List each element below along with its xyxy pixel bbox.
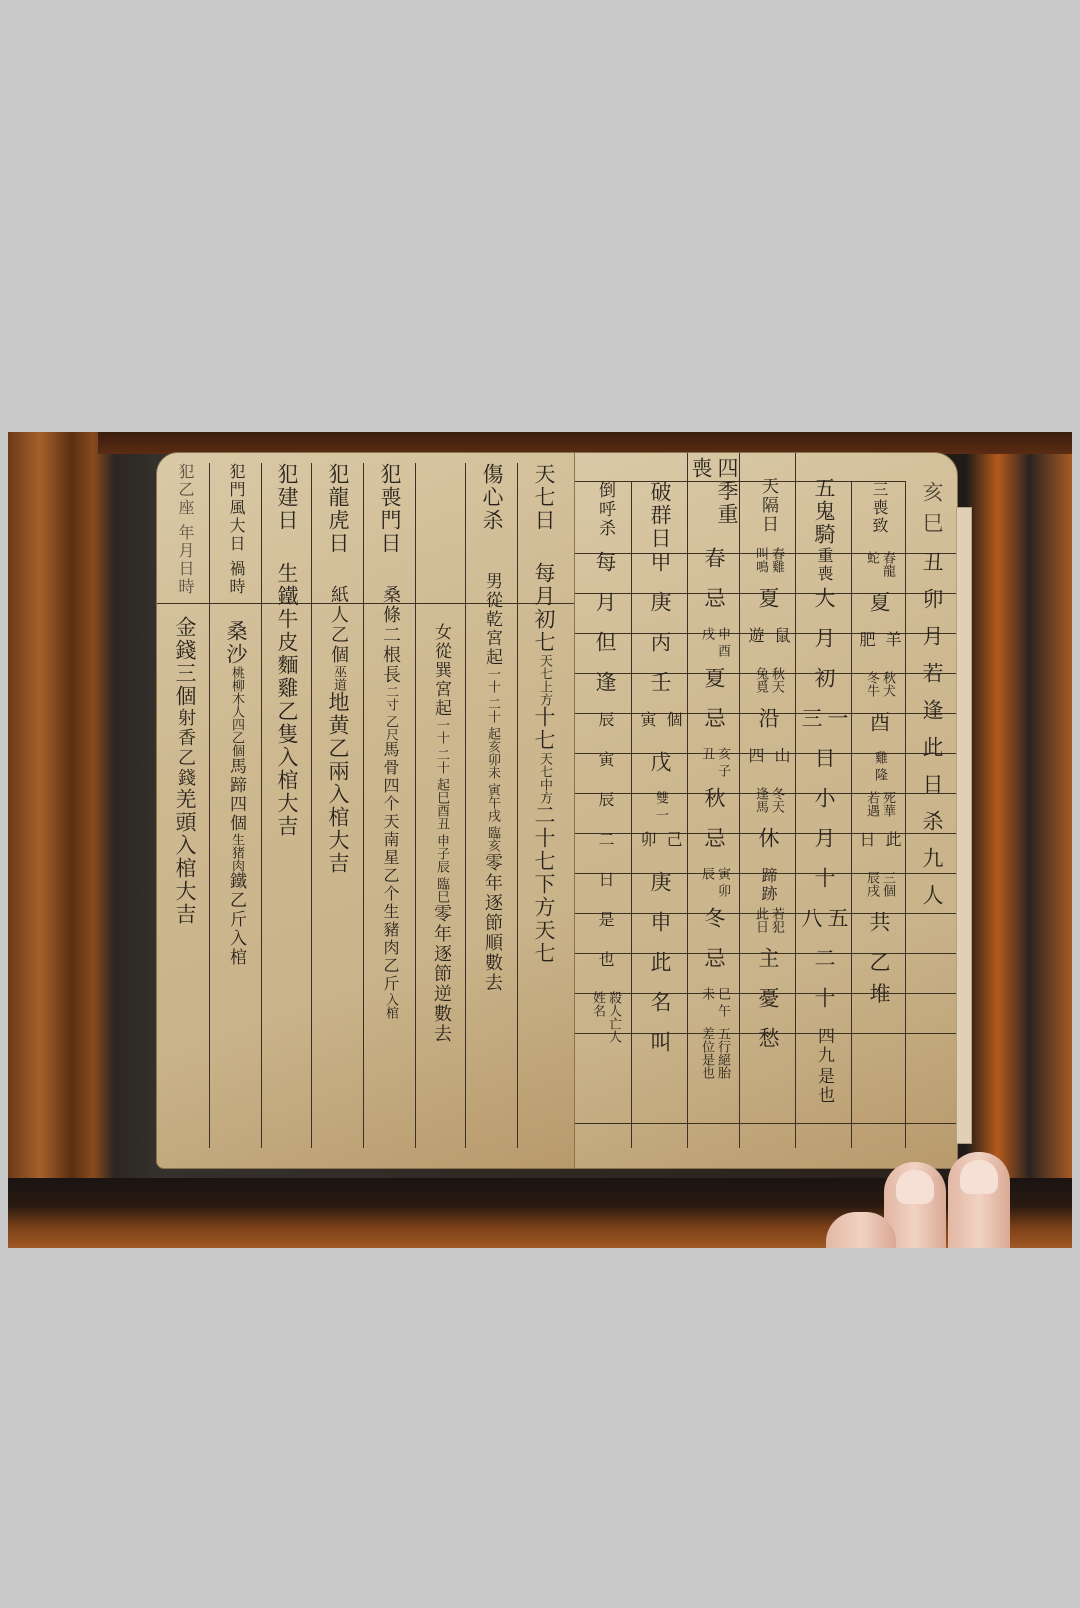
col-text: 三個 辰戌 [863, 871, 895, 911]
left-col-2: 傷心杀 男從乾宮起 一十 二十 起 亥卯未 寅午戌 臨亥 零年逐節順數去 [465, 463, 518, 1148]
left-col-3: 女從巽宮起 一十 二十 起 巳酉丑 申子辰 臨巳 零年逐節逆數去 [415, 463, 466, 1148]
col-text: 鼠 遊 [742, 627, 794, 667]
right-col-5: 四季重喪 春 忌 申 酉 戌 夏 忌 亥 子 丑 秋 忌 寅 卯 辰 冬 忌 巳… [687, 453, 740, 1148]
col-text: 一三 [798, 707, 850, 747]
hand [826, 1122, 1026, 1248]
right-page: 亥 巳 丑 卯 月 若 逢 此 日 杀 九 人 三喪致 春龍 蛇 夏 羊 肥 秋… [574, 452, 958, 1169]
col-text: 女從巽宮起 [428, 623, 454, 718]
col-text: 庚 [647, 871, 673, 911]
fingernail [960, 1160, 998, 1194]
col-text: 秋 [701, 787, 727, 827]
col-text: 羊 肥 [853, 631, 905, 671]
col-text: 日 [811, 747, 837, 787]
col-text: 麵雞乙隻 [274, 654, 300, 746]
col-text: 大 [811, 587, 837, 627]
col-text: 亥 子 丑 [698, 747, 730, 787]
right-col-7: 倒呼杀 每 月 但 逢 辰 寅 辰 二 日 是 也 殺人亡人 姓名 [579, 481, 631, 1148]
col-text: 戊 [647, 751, 673, 791]
col-text: 天南星乙个 [377, 813, 403, 903]
col-text: 休 [755, 827, 781, 867]
col-text: 桑沙 [223, 620, 249, 666]
col-text: 若 [919, 662, 945, 685]
col-text: 己 卯 [634, 831, 686, 871]
col-text: 一十 二十 起 [433, 718, 449, 791]
col-text: 大吉 [325, 829, 351, 875]
col-text: 寅 [592, 751, 618, 791]
right-col-6: 破群日 甲 庚 丙 壬 個 寅 戊 雙 一 己 卯 庚 申 此 名 叫 [631, 481, 688, 1148]
col-text: 大吉 [172, 880, 198, 926]
col-text: 寅 卯 辰 [698, 867, 730, 907]
col-text: 此 [647, 951, 673, 991]
left-col-1: 天七日 每月初七 天七上方 十七 天七中方 二十七 下方天七 [517, 463, 570, 1148]
col-text: 辰 [592, 711, 618, 751]
col-text: 夏 [866, 591, 892, 631]
col-text: 愁 [755, 1027, 781, 1067]
col-text: 紙人乙個 [325, 585, 351, 665]
col-text: 馬骨四个 [377, 741, 403, 813]
col-text: 生鐵 [274, 562, 300, 608]
col-header: 傷心杀 [479, 463, 505, 532]
col-text: 忌 [701, 947, 727, 987]
col-text: 雙 一 [652, 791, 668, 831]
col-text: 零年逐節順數去 [479, 853, 505, 993]
col-text: 地黄乙兩 [325, 691, 351, 783]
col-text: 壬 [647, 671, 673, 711]
col-text: 春雞 叫鳴 [752, 547, 784, 587]
col-text: 男從乾宮起 [479, 572, 505, 667]
col-text: 秋天 兔覓 [752, 667, 784, 707]
col-header: 犯建日 [274, 463, 300, 532]
col-text: 十七 [531, 706, 557, 752]
col-text: 共 [866, 911, 892, 951]
left-col-4: 犯喪門日 桑條二根長 二寸 乙尺 馬骨四个 天南星乙个 生豬肉乙斤 入棺 [363, 463, 416, 1148]
col-text: 也 [592, 951, 618, 991]
col-text: 逢 [919, 699, 945, 722]
col-text: 是 [592, 911, 618, 951]
col-text: 是也 [811, 1067, 837, 1107]
right-col-2: 三喪致 春龍 蛇 夏 羊 肥 秋犬 冬牛 酉 雞 隆 死華 若遇 此 日 三個 … [851, 481, 906, 1148]
col-text: 申 酉 戌 [698, 627, 730, 667]
col-text: 庚 [647, 591, 673, 631]
col-text: 九 [919, 847, 945, 870]
col-text: 天七上方 [536, 654, 552, 706]
table-frame-top [98, 432, 1072, 454]
fingernail [896, 1170, 934, 1204]
col-text: 巳 [919, 512, 945, 535]
col-text: 下方天七 [531, 873, 557, 965]
col-text: 五行絕胎 差位是也 [698, 1027, 730, 1087]
col-header: 四季重喪 [688, 457, 740, 547]
col-text: 每 [592, 551, 618, 591]
col-text: 金錢三個 [172, 616, 198, 708]
col-header: 天七日 [531, 463, 557, 532]
col-text: 重喪 [811, 547, 837, 587]
col-text: 叫 [647, 1031, 673, 1071]
col-text: 春 [701, 547, 727, 587]
col-text: 此 日 [853, 831, 905, 871]
col-text: 名 [647, 991, 673, 1031]
col-text: 大吉 [274, 792, 300, 838]
col-text: 酉 [866, 711, 892, 751]
col-text: 二寸 乙尺 [382, 685, 398, 741]
col-text: 十 [811, 987, 837, 1027]
col-text: 蹄跡 [755, 867, 781, 907]
col-text: 卯 [919, 588, 945, 611]
col-text: 丙 [647, 631, 673, 671]
col-text: 二 [811, 947, 837, 987]
col-text: 一十 二十 起 [484, 667, 500, 740]
col-header: 犯門風大日 禍時 [223, 463, 249, 596]
col-text: 春龍 蛇 [863, 551, 895, 591]
left-col-6: 犯建日 生鐵 牛皮 麵雞乙隻 入棺 大吉 [261, 463, 312, 1148]
col-text: 十 [811, 867, 837, 907]
col-text: 憂 [755, 987, 781, 1027]
left-page: 天七日 每月初七 天七上方 十七 天七中方 二十七 下方天七 傷心杀 男從乾宮起… [156, 452, 576, 1169]
manuscript-photo: 天七日 每月初七 天七上方 十七 天七中方 二十七 下方天七 傷心杀 男從乾宮起… [8, 432, 1072, 1248]
col-text: 小 [811, 787, 837, 827]
col-text: 殺人亡人 姓名 [589, 991, 621, 1051]
col-header: 犯喪門日 [377, 463, 403, 555]
col-text: 鐵乙斤 [223, 872, 249, 929]
col-text: 馬蹄四個 [223, 757, 249, 833]
right-col-4: 天隔日 春雞 叫鳴 夏 鼠 遊 秋天 兔覓 沿 山 四 冬天 逢馬 休 蹄跡 若… [739, 453, 796, 1148]
col-text: 牛皮 [274, 608, 300, 654]
col-text: 二 [592, 831, 618, 871]
col-text: 夏 [755, 587, 781, 627]
col-text: 辰 [592, 791, 618, 831]
col-text: 死華 若遇 [863, 791, 895, 831]
col-text: 生猪肉 [228, 833, 244, 872]
left-col-7: 犯門風大日 禍時 桑沙 桃柳木人四乙個 馬蹄四個 生猪肉 鐵乙斤 入棺 [209, 463, 262, 1148]
left-col-5: 犯龍虎日 紙人乙個 巫道 地黄乙兩 入棺 大吉 [311, 463, 364, 1148]
col-text: 若犯 此日 [752, 907, 784, 947]
col-text: 月 [592, 591, 618, 631]
col-text: 丑 [919, 551, 945, 574]
col-text: 入棺 [172, 834, 198, 880]
col-text: 零年逐節逆數去 [428, 904, 454, 1044]
col-text: 入棺 [223, 929, 249, 967]
right-col-1: 亥 巳 丑 卯 月 若 逢 此 日 杀 九 人 [905, 481, 958, 1148]
finger [948, 1152, 1010, 1248]
col-header: 三喪致 [866, 481, 892, 551]
col-header: 倒呼杀 [592, 481, 618, 551]
col-text: 亥 [919, 481, 945, 504]
page-edge [956, 507, 972, 1144]
col-header: 犯龍虎日 [325, 463, 351, 555]
col-text: 入棺 [382, 993, 398, 1019]
col-text: 個 寅 [634, 711, 686, 751]
col-text: 人 [919, 884, 945, 907]
col-text: 雞 隆 [871, 751, 887, 791]
col-text: 巳 午 未 [698, 987, 730, 1027]
col-header: 破群日 [647, 481, 673, 551]
col-text: 入棺 [325, 783, 351, 829]
col-text: 沿 [755, 707, 781, 747]
col-text: 生豬肉乙斤 [377, 903, 403, 993]
left-col-8: 犯乙座 年月日時 金錢三個 射香乙錢 羌頭 入棺 大吉 [161, 463, 209, 1148]
col-text: 天七中方 [536, 752, 552, 804]
col-text: 忌 [701, 587, 727, 627]
col-text: 月 [811, 827, 837, 867]
col-text: 四九 [811, 1027, 837, 1067]
col-text: 杀 [919, 810, 945, 833]
col-text: 忌 [701, 707, 727, 747]
col-header: 五鬼騎 [811, 477, 837, 547]
col-text: 巳酉丑 申子辰 臨巳 [433, 791, 449, 903]
col-text: 初 [811, 667, 837, 707]
col-header: 天隔日 [755, 477, 781, 547]
col-text: 每月初七 [531, 562, 557, 654]
col-text: 申 [647, 911, 673, 951]
col-header: 犯乙座 年月日時 [172, 463, 198, 596]
col-text: 桑條二根長 [377, 585, 403, 685]
col-text: 羌頭 [172, 788, 198, 834]
col-text: 射香乙錢 [172, 708, 198, 788]
col-text: 山 四 [742, 747, 794, 787]
col-text: 桃柳木人四乙個 [228, 666, 244, 757]
col-text: 巫道 [330, 665, 346, 691]
right-col-3: 五鬼騎 重喪 大 月 初 一三 日 小 月 十 五八 二 十 四九 是也 [795, 453, 852, 1148]
col-text: 五八 [798, 907, 850, 947]
col-text: 秋犬 冬牛 [863, 671, 895, 711]
col-text: 日 [919, 773, 945, 796]
open-book: 天七日 每月初七 天七上方 十七 天七中方 二十七 下方天七 傷心杀 男從乾宮起… [156, 452, 976, 1167]
col-text: 月 [919, 625, 945, 648]
col-text: 乙 堆 [866, 951, 892, 1011]
col-text: 日 [592, 871, 618, 911]
col-text: 逢 [592, 671, 618, 711]
col-text: 二十七 [531, 804, 557, 873]
col-text: 甲 [647, 551, 673, 591]
col-text: 亥卯未 寅午戌 臨亥 [484, 740, 500, 852]
col-text: 冬天 逢馬 [752, 787, 784, 827]
col-text: 主 [755, 947, 781, 987]
col-text: 冬 [701, 907, 727, 947]
col-text: 忌 [701, 827, 727, 867]
col-text: 月 [811, 627, 837, 667]
col-text: 夏 [701, 667, 727, 707]
col-text: 此 [919, 736, 945, 759]
col-text: 入棺 [274, 746, 300, 792]
col-text: 但 [592, 631, 618, 671]
